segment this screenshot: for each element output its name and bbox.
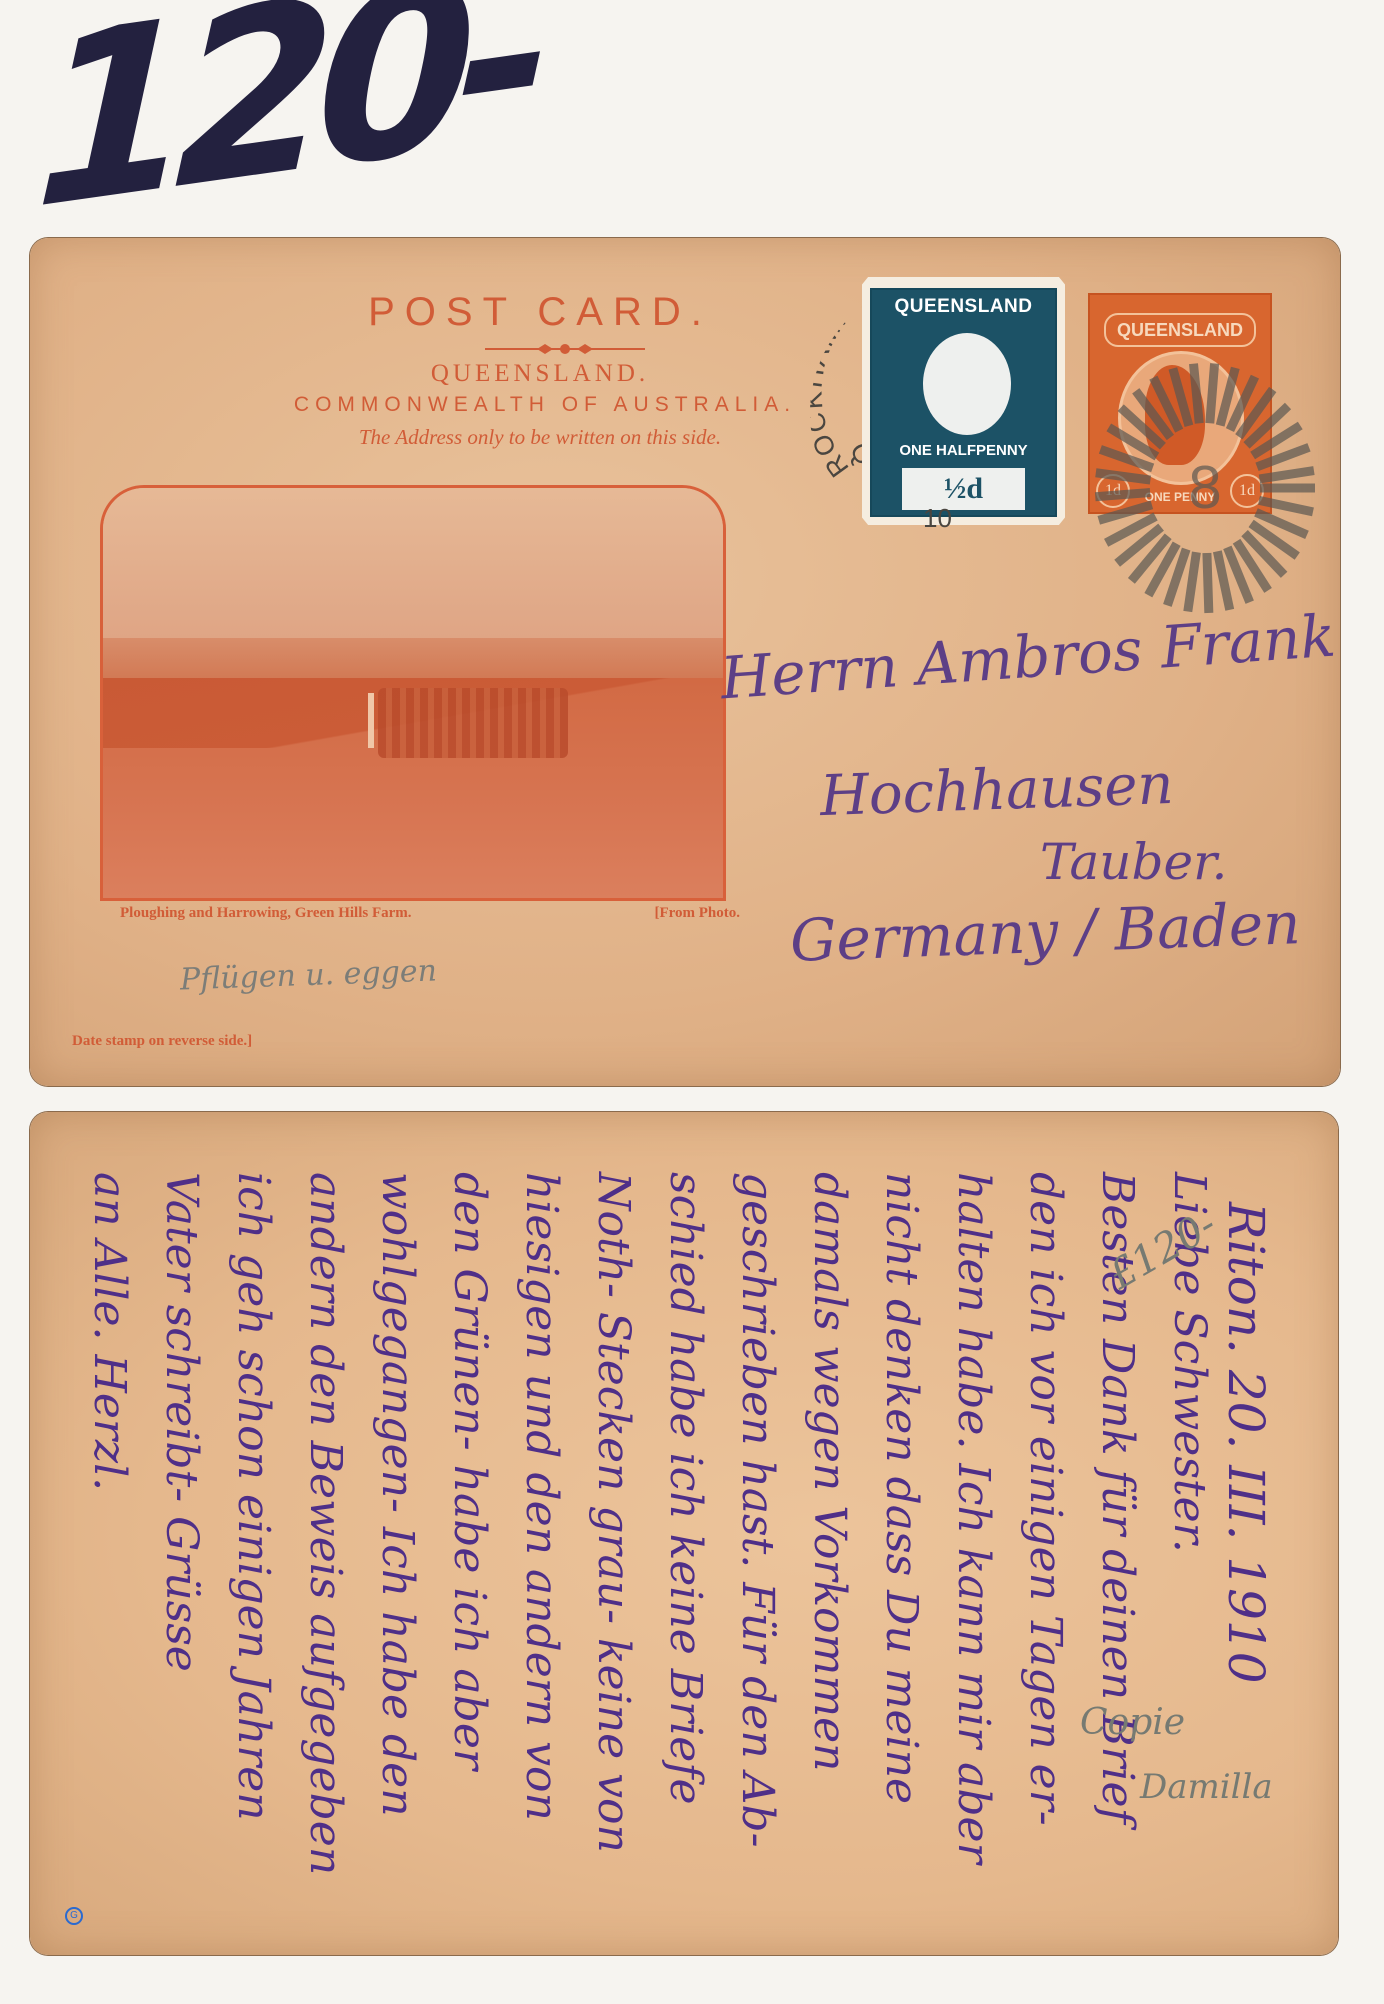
halfpenny-stamp: QUEENSLAND ONE HALFPENNY ½d xyxy=(862,277,1065,525)
ornament-divider xyxy=(485,342,645,356)
address-line-country: Germany / Baden xyxy=(789,889,1302,975)
message-line: geschrieben hast. Für den Ab- xyxy=(732,1172,783,1847)
message-line: damals wegen Vorkommen xyxy=(804,1172,855,1771)
message-line: andern den Beweis aufgegeben xyxy=(300,1172,351,1875)
message-line: den ich vor einigen Tagen er- xyxy=(1020,1172,1071,1826)
svg-text:8: 8 xyxy=(1188,454,1221,521)
horse-team xyxy=(378,688,568,758)
message-line: Vater schreibt- Grüsse xyxy=(156,1172,207,1672)
postcard-front: POST CARD. QUEENSLAND. COMMONWEALTH OF A… xyxy=(30,238,1340,1086)
message-date: Riton. 20. III. 1910 xyxy=(1217,1202,1275,1684)
stamp-denomination: ONE HALFPENNY xyxy=(872,442,1055,459)
stamp-country: QUEENSLAND xyxy=(1104,313,1256,347)
duplex-cancel: 8 xyxy=(1090,358,1320,618)
message-line: den Grünen- habe ich aber xyxy=(444,1172,495,1770)
corner-mark: G xyxy=(65,1907,83,1925)
address-line-name: Herrn Ambros Frank xyxy=(718,602,1337,713)
farm-photo xyxy=(100,485,726,901)
message-line: Noth- Stecken grau- keine von xyxy=(588,1172,639,1853)
message-line: wohlgegangen- Ich habe den xyxy=(372,1172,423,1817)
message-line: halten habe. Ich kann mir aber xyxy=(948,1172,999,1864)
stamp-value: ½d xyxy=(902,468,1025,510)
photo-caption: Ploughing and Harrowing, Green Hills Far… xyxy=(120,905,412,922)
postcard-back: Riton. 20. III. 1910 Liebe Schwester.Bes… xyxy=(30,1112,1338,1955)
photo-credit: [From Photo. xyxy=(654,905,740,922)
price-marker: 120- xyxy=(32,0,539,243)
pencil-note: Copie xyxy=(1080,1702,1185,1743)
message-line: nicht denken dass Du meine xyxy=(876,1172,927,1804)
state-name: QUEENSLAND. xyxy=(250,360,830,388)
farmer-figure xyxy=(368,693,374,748)
address-line-town: Hochhausen xyxy=(819,752,1175,829)
photo-caption-row: Ploughing and Harrowing, Green Hills Far… xyxy=(120,905,740,922)
message-line: an Alle. Herzl. xyxy=(84,1172,135,1491)
message-line: ich geh schon einigen Jahren xyxy=(228,1172,279,1821)
message-line: hiesigen und den andern von xyxy=(516,1172,567,1821)
address-instruction: The Address only to be written on this s… xyxy=(250,425,830,450)
queen-portrait-icon xyxy=(920,330,1014,438)
date-stamp-note: Date stamp on reverse side.] xyxy=(72,1033,252,1050)
pencil-annotation: Pflügen u. eggen xyxy=(179,954,437,998)
address-line-district: Tauber. xyxy=(1040,833,1227,891)
postcard-title: POST CARD. xyxy=(250,290,830,335)
stamp-country: QUEENSLAND xyxy=(872,296,1055,318)
pencil-note: Damilla xyxy=(1140,1767,1273,1807)
commonwealth-line: COMMONWEALTH OF AUSTRALIA. xyxy=(185,393,905,417)
postmark-date: 10 xyxy=(923,503,952,534)
message-line: schied habe ich keine Briefe xyxy=(660,1172,711,1805)
